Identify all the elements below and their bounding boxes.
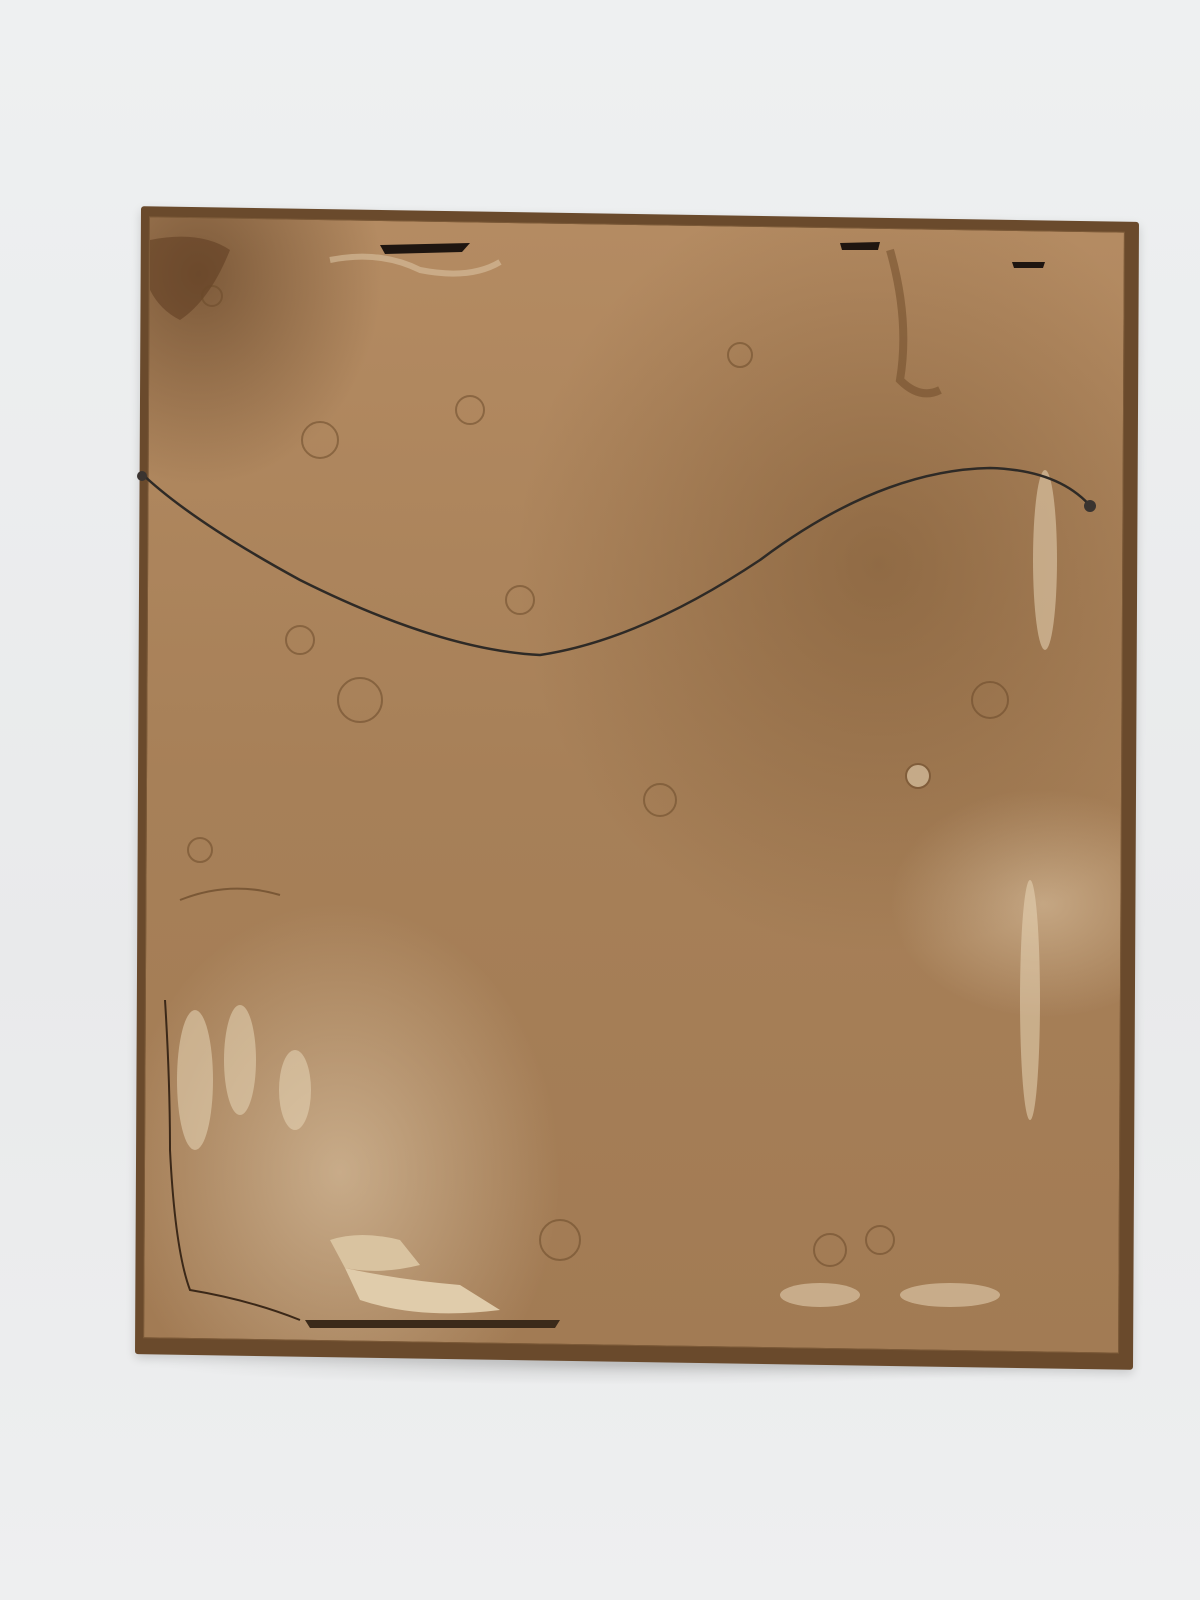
water-stains: [188, 286, 1008, 1266]
corner-stain: [150, 237, 940, 394]
torn-paper: [165, 889, 560, 1328]
top-edge-tears: [330, 242, 1045, 274]
frame-details: [0, 0, 1200, 1600]
photo-scene: [0, 0, 1200, 1600]
hanging-wire: [140, 468, 1092, 655]
wire-anchor-left: [137, 471, 147, 481]
wire-anchor-right: [1084, 500, 1096, 512]
faded-streaks: [177, 470, 1057, 1307]
